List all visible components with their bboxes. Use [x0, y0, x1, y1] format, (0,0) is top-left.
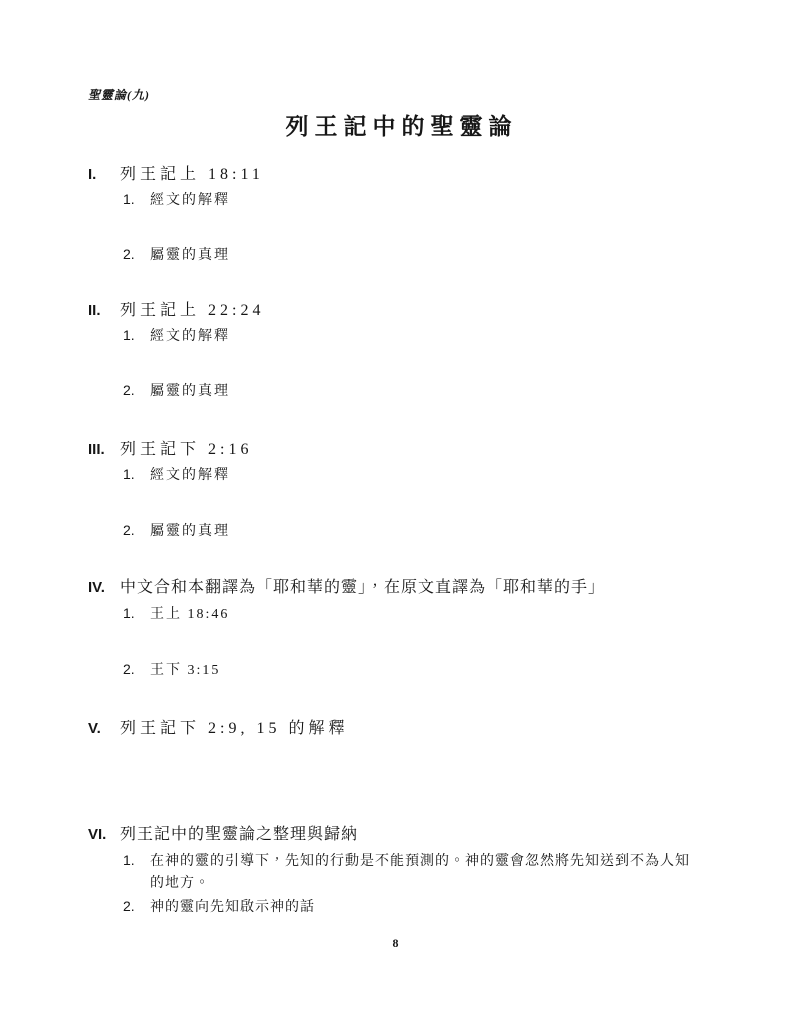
- section-heading-row: II. 列王記上 22:24: [88, 300, 715, 322]
- outline-item: 2. 屬靈的真理: [88, 520, 715, 542]
- item-text: 屬靈的真理: [150, 522, 230, 542]
- item-text: 屬靈的真理: [150, 382, 230, 402]
- item-text: 經文的解釋: [150, 191, 230, 211]
- section-heading-row: I. 列王記上 18:11: [88, 164, 715, 186]
- item-text: 王下 3:15: [150, 661, 220, 681]
- outline-section-3: III. 列王記下 2:16 1. 經文的解釋 2. 屬靈的真理: [88, 439, 715, 542]
- section-heading: 列王記中的聖靈論之整理與歸納: [120, 824, 358, 846]
- item-number: 2.: [123, 244, 150, 264]
- section-numeral: II.: [88, 300, 120, 322]
- section-heading-row: IV. 中文合和本翻譯為「耶和華的靈」，在原文直譯為「耶和華的手」: [88, 577, 715, 599]
- section-heading-row: VI. 列王記中的聖靈論之整理與歸納: [88, 824, 715, 846]
- running-header: 聖靈論(九): [88, 88, 715, 102]
- item-number: 2.: [123, 520, 150, 540]
- item-text: 經文的解釋: [150, 466, 230, 486]
- section-heading: 中文合和本翻譯為「耶和華的靈」，在原文直譯為「耶和華的手」: [120, 577, 605, 599]
- item-number: 2.: [123, 895, 150, 917]
- item-number: 2.: [123, 380, 150, 400]
- outline-section-1: I. 列王記上 18:11 1. 經文的解釋 2. 屬靈的真理: [88, 164, 715, 266]
- page-number: 8: [0, 936, 791, 951]
- document-title: 列王記中的聖靈論: [88, 112, 715, 142]
- outline-item: 1. 經文的解釋: [88, 325, 715, 347]
- item-text: 神的靈向先知啟示神的話: [150, 897, 315, 919]
- item-number: 1.: [123, 603, 150, 623]
- item-number: 1.: [123, 325, 150, 345]
- section-heading: 列王記上 18:11: [120, 164, 264, 186]
- outline: I. 列王記上 18:11 1. 經文的解釋 2. 屬靈的真理 II. 列王記上…: [88, 164, 715, 919]
- outline-item: 1. 經文的解釋: [88, 189, 715, 211]
- section-heading-row: V. 列王記下 2:9, 15 的解釋: [88, 718, 715, 740]
- section-numeral: IV.: [88, 577, 120, 599]
- outline-item: 1. 王上 18:46: [88, 603, 715, 625]
- section-numeral: III.: [88, 439, 120, 461]
- outline-section-6: VI. 列王記中的聖靈論之整理與歸納 1. 在神的靈的引導下，先知的行動是不能預…: [88, 824, 715, 919]
- item-text: 在神的靈的引導下，先知的行動是不能預測的。神的靈會忽然將先知送到不為人知的地方。: [150, 851, 700, 895]
- section-heading: 列王記下 2:16: [120, 439, 252, 461]
- section-heading: 列王記下 2:9, 15 的解釋: [120, 718, 348, 740]
- outline-section-4: IV. 中文合和本翻譯為「耶和華的靈」，在原文直譯為「耶和華的手」 1. 王上 …: [88, 577, 715, 681]
- section-heading: 列王記上 22:24: [120, 300, 264, 322]
- section-numeral: I.: [88, 164, 120, 186]
- outline-item: 2. 王下 3:15: [88, 659, 715, 681]
- item-number: 2.: [123, 659, 150, 679]
- outline-item: 2. 屬靈的真理: [88, 244, 715, 266]
- item-number: 1.: [123, 189, 150, 209]
- item-text: 王上 18:46: [150, 605, 229, 625]
- item-number: 1.: [123, 464, 150, 484]
- outline-section-5: V. 列王記下 2:9, 15 的解釋: [88, 718, 715, 740]
- outline-item: 1. 在神的靈的引導下，先知的行動是不能預測的。神的靈會忽然將先知送到不為人知的…: [88, 849, 715, 895]
- item-number: 1.: [123, 849, 150, 871]
- section-numeral: VI.: [88, 824, 120, 846]
- outline-item: 2. 神的靈向先知啟示神的話: [88, 895, 715, 919]
- item-text: 經文的解釋: [150, 327, 230, 347]
- item-text: 屬靈的真理: [150, 246, 230, 266]
- outline-item: 1. 經文的解釋: [88, 464, 715, 486]
- section-numeral: V.: [88, 718, 120, 740]
- section-heading-row: III. 列王記下 2:16: [88, 439, 715, 461]
- document-page: 聖靈論(九) 列王記中的聖靈論 I. 列王記上 18:11 1. 經文的解釋 2…: [0, 0, 791, 1024]
- outline-section-2: II. 列王記上 22:24 1. 經文的解釋 2. 屬靈的真理: [88, 300, 715, 402]
- outline-item: 2. 屬靈的真理: [88, 380, 715, 402]
